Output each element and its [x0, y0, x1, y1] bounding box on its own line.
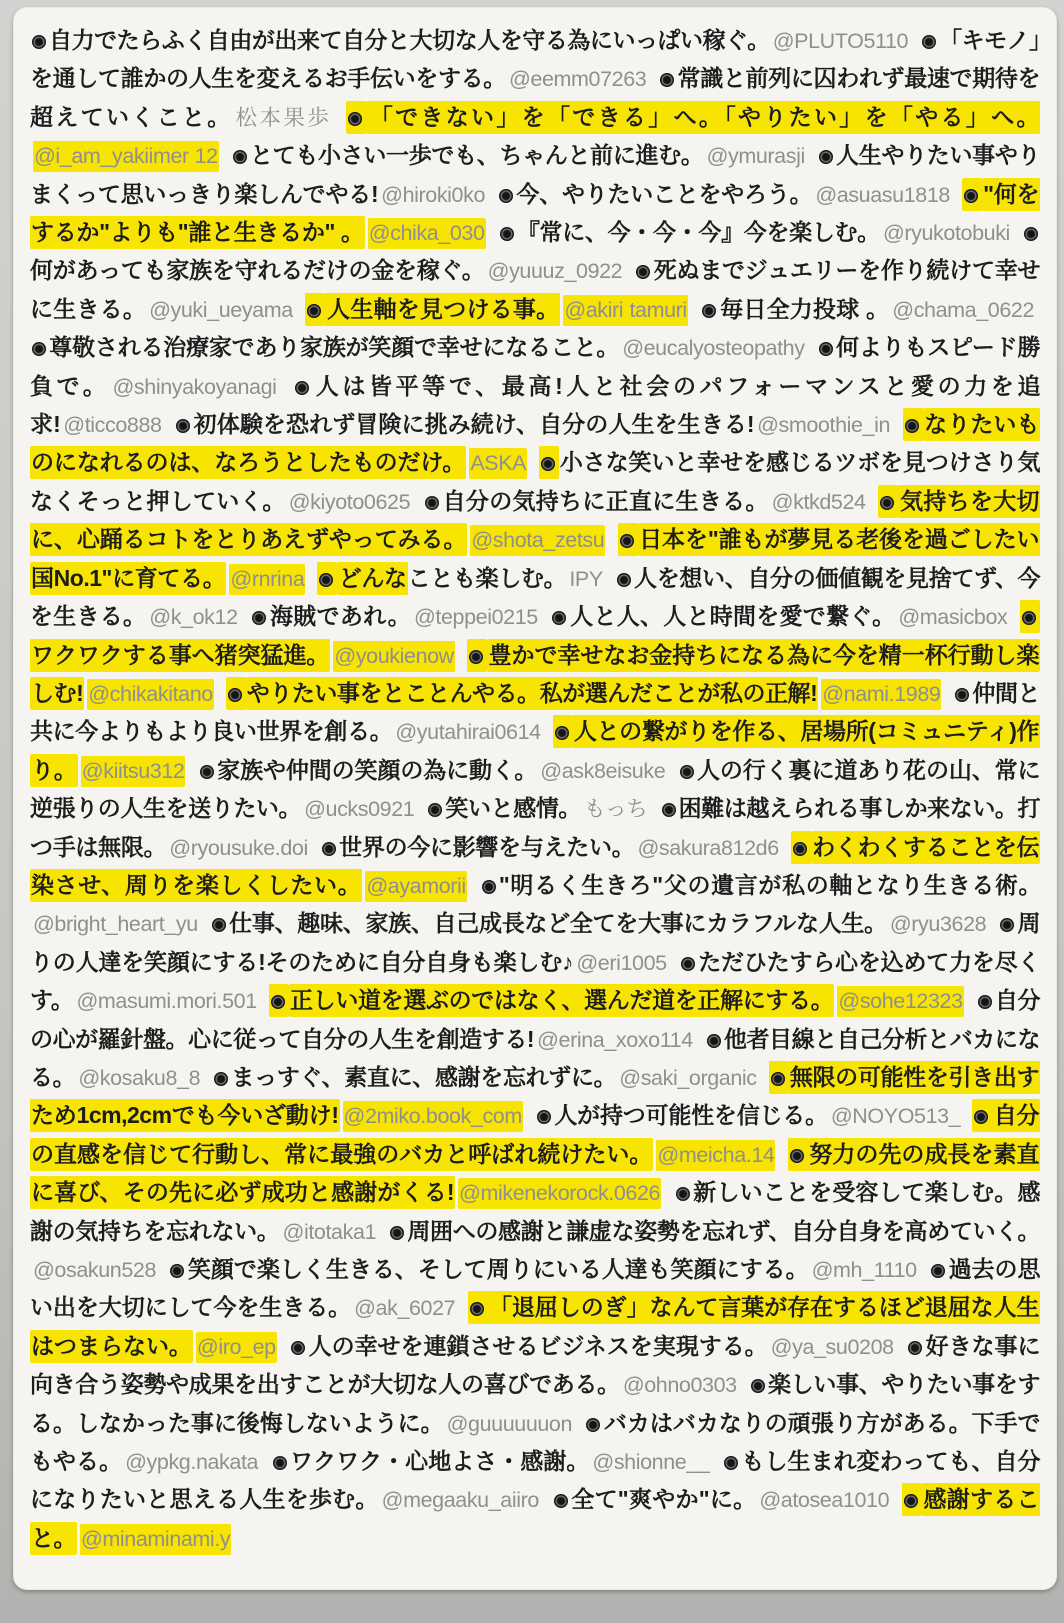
bullet-wrap: [289, 1333, 308, 1359]
author-handle: @ask8eisuke: [540, 759, 665, 783]
author-handle: @yutahirai0614: [395, 720, 540, 744]
bullet-icon: [428, 803, 442, 817]
quote-text: 海賊であれ。: [269, 603, 411, 629]
bullet-wrap: [480, 872, 499, 898]
author-handle: IPY: [569, 567, 602, 591]
bullet-icon: [307, 304, 321, 318]
bullet-wrap: [791, 831, 811, 864]
bullet-wrap: [467, 639, 487, 672]
author-handle: @kosaku8_8: [78, 1066, 200, 1090]
quote-text: やりたい事をとことんやる。私が選んだことが私の正解!: [246, 677, 818, 710]
bullet-icon: [541, 457, 555, 471]
quote-text: ことも楽しむ。: [408, 565, 567, 591]
quote-segment: 自分の気持ちに正直に生きる。@ktkd524: [423, 488, 878, 514]
bullet-icon: [771, 1072, 785, 1086]
bullet-wrap: [962, 178, 982, 211]
bullet-icon: [676, 1187, 690, 1201]
author-handle: @ryousuke.doi: [169, 836, 308, 860]
quote-segment: やりたい事をとことんやる。私が選んだことが私の正解!@nami.1989: [226, 680, 954, 706]
bullet-icon: [964, 189, 978, 203]
bullet-wrap: [618, 523, 638, 556]
bullet-wrap: [553, 715, 573, 748]
bullet-wrap: [902, 1483, 922, 1516]
bullet-icon: [978, 995, 992, 1009]
quote-text: 自力でたらふく自由が出来て自分と大切な人を守る為にいっぱい稼ぐ。: [49, 27, 770, 53]
author-handle: @kiitsu312: [81, 756, 186, 787]
bullet-wrap: [1022, 219, 1041, 245]
bullet-wrap: [497, 181, 516, 207]
bullet-icon: [212, 918, 226, 932]
bullet-wrap: [317, 562, 337, 595]
bullet-icon: [32, 35, 46, 49]
bullet-icon: [176, 419, 190, 433]
author-handle: @ymurasji: [707, 144, 805, 168]
author-handle: @ypkg.nakata: [125, 1450, 258, 1474]
bullet-icon: [295, 381, 309, 395]
quote-segment: 正しい道を選ぶのではなく、選んだ道を正解にする。@sohe12323: [269, 987, 976, 1013]
bullet-wrap: [269, 984, 289, 1017]
quote-text: 人と人、人と時間を愛で繋ぐ。: [569, 603, 895, 629]
bullet-icon: [790, 1149, 804, 1163]
quote-text: 世界の今に影響を与えたい。: [339, 834, 635, 860]
bullet-wrap: [231, 142, 250, 168]
bullet-wrap: [168, 1256, 187, 1282]
author-handle: @chikakitano: [87, 679, 214, 710]
author-handle: @eri1005: [576, 951, 666, 975]
bullet-wrap: [552, 1486, 571, 1512]
quote-segment: まっすぐ、素直に、感謝を忘れずに。@saki_organic: [212, 1064, 768, 1090]
author-handle: 松本果歩: [236, 106, 332, 130]
bullet-wrap: [271, 1448, 290, 1474]
quote-text: 笑顔で楽しく生きる、そして周りにいる人達も笑顔にする。: [187, 1256, 808, 1282]
bullet-wrap: [705, 1026, 724, 1052]
quote-segment: どんなことも楽しむ。IPY: [317, 565, 614, 591]
bullet-icon: [469, 650, 483, 664]
quote-text: 全て"爽やか"に。: [571, 1486, 757, 1512]
author-handle: @atosea1010: [759, 1488, 889, 1512]
bullet-icon: [425, 496, 439, 510]
bullet-icon: [707, 1034, 721, 1048]
author-handle: @ak_6027: [354, 1296, 455, 1320]
bullet-icon: [233, 150, 247, 164]
quote-text: 自分の気持ちに正直に生きる。: [442, 488, 769, 514]
bullet-wrap: [320, 834, 339, 860]
bullet-wrap: [817, 334, 836, 360]
author-handle: @shinyakoyanagi: [112, 375, 276, 399]
quote-text: ワクワクする事へ猪突猛進。: [30, 639, 330, 672]
quote-segment: 人生軸を見つける事。@akiri tamuri: [305, 296, 700, 322]
bullet-icon: [322, 842, 336, 856]
quote-segment: 自力でたらふく自由が出来て自分と大切な人を守る為にいっぱい稼ぐ。@PLUTO51…: [30, 27, 920, 53]
bullet-wrap: [700, 296, 719, 322]
bullet-wrap: [346, 101, 366, 134]
bullet-icon: [586, 1418, 600, 1432]
author-handle: @itotaka1: [283, 1220, 377, 1244]
author-handle: ASKA: [469, 448, 527, 479]
author-handle: @ticco888: [63, 413, 161, 437]
bullet-wrap: [679, 949, 698, 975]
bullet-wrap: [920, 27, 939, 53]
quote-text: 『常に、今・今・今』今を楽しむ。: [517, 219, 880, 245]
quote-text: 今、やりたいことをやろう。: [516, 181, 812, 207]
bullet-wrap: [423, 488, 442, 514]
author-handle: @2miko.book_com: [343, 1101, 523, 1132]
quote-segment: 笑顔で楽しく生きる、そして周りにいる人達も笑顔にする。@mh_1110: [168, 1256, 929, 1282]
author-handle: @PLUTO5110: [773, 29, 908, 53]
author-handle: もっち: [584, 797, 648, 821]
author-handle: @akiri tamuri: [563, 295, 687, 326]
quotes-paragraph: 自力でたらふく自由が出来て自分と大切な人を守る為にいっぱい稼ぐ。@PLUTO51…: [13, 7, 1057, 1578]
quote-text: 初体験を恐れず冒険に挑み続け、自分の人生を生きる!: [193, 411, 754, 437]
bullet-icon: [880, 496, 894, 510]
author-handle: @mikenekorock.0626: [458, 1178, 661, 1209]
author-handle: @yuki_ueyama: [149, 298, 293, 322]
bullet-wrap: [468, 1291, 488, 1324]
author-handle: @saki_organic: [619, 1066, 756, 1090]
bullet-wrap: [1020, 600, 1040, 633]
author-handle: @masumi.mori.501: [76, 989, 256, 1013]
bullet-icon: [793, 842, 807, 856]
bullet-wrap: [584, 1410, 603, 1436]
quote-text: "明るく生きろ"父の遺言が私の軸となり生きる術。: [499, 872, 1041, 898]
author-handle: @ohno0303: [623, 1373, 737, 1397]
quote-text: 家族や仲間の笑顔の為に動く。: [217, 757, 538, 783]
bullet-wrap: [998, 910, 1017, 936]
bullet-wrap: [615, 565, 634, 591]
bullet-icon: [170, 1264, 184, 1278]
bullet-wrap: [953, 680, 972, 706]
bullet-wrap: [550, 603, 569, 629]
bullet-wrap: [749, 1371, 768, 1397]
quote-text: 尊敬される治療家であり家族が笑顔で幸せになること。: [49, 334, 619, 360]
author-handle: @kiyoto0625: [289, 490, 410, 514]
quote-segment: 毎日全力投球 。@chama_0622: [700, 296, 1040, 322]
author-handle: @ya_su0208: [771, 1335, 894, 1359]
bullet-icon: [702, 304, 716, 318]
quote-text: 正しい道を選ぶのではなく、選んだ道を正解にする。: [289, 984, 835, 1017]
bullet-wrap: [212, 1064, 231, 1090]
quote-segment: 海賊であれ。@teppei0215: [250, 603, 550, 629]
bullet-icon: [724, 1456, 738, 1470]
quote-segment: ワクワク・心地よさ・感謝。@shionne__: [271, 1448, 722, 1474]
bullet-wrap: [976, 987, 995, 1013]
bullet-icon: [908, 1341, 922, 1355]
quote-segment: 笑いと感情。もっち: [426, 795, 659, 821]
author-handle: @minaminami.y: [80, 1524, 231, 1555]
bullet-wrap: [903, 408, 923, 441]
bullet-wrap: [539, 446, 559, 479]
bullet-icon: [271, 995, 285, 1009]
bullet-wrap: [658, 65, 677, 91]
author-handle: @eucalyosteopathy: [622, 336, 804, 360]
bullet-wrap: [250, 603, 269, 629]
author-handle: @nami.1989: [821, 679, 941, 710]
bullet-wrap: [535, 1102, 554, 1128]
author-handle: @smoothie_in: [757, 413, 890, 437]
bullet-wrap: [198, 757, 217, 783]
quote-text: 人生軸を見つける事。: [325, 293, 560, 326]
author-handle: @asuasu1818: [815, 183, 950, 207]
author-handle: @masicbox: [898, 605, 1007, 629]
author-handle: @ryu3628: [890, 912, 986, 936]
quote-segment: 人が持つ可能性を信じる。@NOYO513_: [535, 1102, 972, 1128]
quote-segment: 『常に、今・今・今』今を楽しむ。@ryukotobuki: [498, 219, 1022, 245]
quote-text: とても小さい一歩でも、ちゃんと前に進む。: [250, 142, 704, 168]
bullet-icon: [904, 1494, 918, 1508]
author-handle: @meicha.14: [656, 1140, 775, 1171]
bullet-icon: [922, 35, 936, 49]
bullet-wrap: [174, 411, 193, 437]
bullet-icon: [1024, 227, 1038, 241]
quote-segment: 世界の今に影響を与えたい。@sakura812d6: [320, 834, 791, 860]
bullet-wrap: [634, 257, 653, 283]
bullet-wrap: [426, 795, 445, 821]
bullet-icon: [662, 803, 676, 817]
bullet-wrap: [817, 142, 836, 168]
bullet-wrap: [678, 757, 697, 783]
author-handle: @chama_0622: [892, 298, 1034, 322]
quote-text: 周囲への感謝と謙虚な姿勢を忘れず、自分自身を高めていく。: [407, 1218, 1040, 1244]
quote-text: どんな: [337, 562, 407, 595]
bullet-icon: [905, 419, 919, 433]
author-handle: @chika_030: [368, 218, 486, 249]
bullet-wrap: [305, 293, 325, 326]
quote-segment: 仕事、趣味、家族、自己成長など全てを大事にカラフルな人生。@ryu3628: [210, 910, 998, 936]
bullet-wrap: [498, 219, 517, 245]
bullet-icon: [319, 573, 333, 587]
author-handle: @shota_zetsu: [470, 525, 605, 556]
author-handle: @hiroki0ko: [381, 183, 485, 207]
bullet-wrap: [30, 334, 49, 360]
quote-text: 何があっても家族を守れるだけの金を稼ぐ。: [30, 257, 485, 283]
bullet-icon: [552, 611, 566, 625]
quote-text: 仕事、趣味、家族、自己成長など全てを大事にカラフルな人生。: [229, 910, 887, 936]
bullet-icon: [931, 1264, 945, 1278]
bullet-icon: [974, 1110, 988, 1124]
bullet-wrap: [30, 27, 49, 53]
quote-segment: とても小さい一歩でも、ちゃんと前に進む。@ymurasji: [231, 142, 817, 168]
author-handle: @mh_1110: [812, 1258, 917, 1282]
quote-segment: 人の幸せを連鎖させるビジネスを実現する。@ya_su0208: [289, 1333, 906, 1359]
bullet-icon: [819, 150, 833, 164]
author-handle: @yuuuz_0922: [488, 259, 623, 283]
bullet-wrap: [674, 1179, 693, 1205]
quote-segment: 尊敬される治療家であり家族が笑顔で幸せになること。@eucalyosteopat…: [30, 334, 817, 360]
bullet-wrap: [878, 485, 898, 518]
bullet-icon: [751, 1379, 765, 1393]
bullet-wrap: [722, 1448, 741, 1474]
bullet-icon: [348, 112, 362, 126]
bullet-icon: [660, 73, 674, 87]
bullet-wrap: [660, 795, 679, 821]
quote-segment: 人と人、人と時間を愛で繋ぐ。@masicbox: [550, 603, 1020, 629]
author-handle: @k_ok12: [149, 605, 237, 629]
bullet-icon: [554, 1494, 568, 1508]
bullet-icon: [1022, 611, 1036, 625]
quote-text: まっすぐ、素直に、感謝を忘れずに。: [231, 1064, 616, 1090]
bullet-icon: [32, 342, 46, 356]
quote-segment: 初体験を恐れず冒険に挑み続け、自分の人生を生きる!@smoothie_in: [174, 411, 902, 437]
bullet-icon: [228, 688, 242, 702]
bullet-icon: [620, 534, 634, 548]
author-handle: @sakura812d6: [637, 836, 778, 860]
bullet-icon: [200, 765, 214, 779]
author-handle: @erina_xoxo114: [537, 1028, 693, 1052]
bullet-icon: [537, 1110, 551, 1124]
quote-text: 人の幸せを連鎖させるビジネスを実現する。: [308, 1333, 768, 1359]
quote-text: 人が持つ可能性を信じる。: [554, 1102, 828, 1128]
bullet-wrap: [929, 1256, 948, 1282]
bullet-icon: [390, 1226, 404, 1240]
quote-text: ワクワク・心地よさ・感謝。: [290, 1448, 590, 1474]
bullet-icon: [252, 611, 266, 625]
author-handle: @rnrina: [229, 564, 305, 595]
quote-text: 毎日全力投球 。: [719, 296, 889, 322]
quote-text: 「できない」を「できる」へ。「やりたい」を「やる」へ。: [366, 101, 1040, 134]
author-handle: @sohe12323: [837, 986, 963, 1017]
bullet-icon: [273, 1456, 287, 1470]
bullet-icon: [955, 688, 969, 702]
bullet-icon: [500, 227, 514, 241]
quote-segment: 今、やりたいことをやろう。@asuasu1818: [497, 181, 962, 207]
bullet-wrap: [226, 677, 246, 710]
bullet-wrap: [769, 1061, 789, 1094]
author-handle: @ryukotobuki: [883, 221, 1010, 245]
bullet-icon: [680, 765, 694, 779]
author-handle: @ayamorii: [365, 871, 466, 902]
author-handle: @bright_heart_yu: [33, 912, 198, 936]
quote-segment: 家族や仲間の笑顔の為に動く。@ask8eisuke: [198, 757, 678, 783]
bullet-icon: [499, 189, 513, 203]
bullet-wrap: [972, 1099, 992, 1132]
bullet-icon: [214, 1072, 228, 1086]
author-handle: @NOYO513_: [831, 1104, 960, 1128]
bullet-icon: [555, 726, 569, 740]
author-handle: @i_am_yakiimer 12: [33, 141, 219, 172]
bullet-wrap: [788, 1138, 808, 1171]
quote-text: 笑いと感情。: [445, 795, 581, 821]
author-handle: @teppei0215: [414, 605, 538, 629]
bullet-icon: [636, 265, 650, 279]
author-handle: @ucks0921: [304, 797, 414, 821]
bullet-wrap: [293, 373, 312, 399]
bullet-wrap: [388, 1218, 407, 1244]
author-handle: @guuuuuuon: [447, 1412, 572, 1436]
quote-segment: 全て"爽やか"に。@atosea1010: [552, 1486, 902, 1512]
bullet-wrap: [906, 1333, 925, 1359]
bullet-icon: [482, 880, 496, 894]
bullet-icon: [470, 1302, 484, 1316]
bullet-icon: [681, 957, 695, 971]
bullet-wrap: [210, 910, 229, 936]
author-handle: @megaaku_aiiro: [382, 1488, 539, 1512]
bullet-icon: [291, 1341, 305, 1355]
bullet-icon: [617, 573, 631, 587]
author-handle: @shionne__: [592, 1450, 709, 1474]
author-handle: @youkienow: [333, 641, 454, 672]
author-handle: @eemm07263: [509, 67, 646, 91]
bullet-icon: [819, 342, 833, 356]
author-handle: @iro_ep: [196, 1332, 277, 1363]
scanned-page: 自力でたらふく自由が出来て自分と大切な人を守る為にいっぱい稼ぐ。@PLUTO51…: [13, 7, 1057, 1590]
bullet-icon: [1000, 918, 1014, 932]
author-handle: @ktkd524: [772, 490, 866, 514]
author-handle: @osakun528: [33, 1258, 156, 1282]
